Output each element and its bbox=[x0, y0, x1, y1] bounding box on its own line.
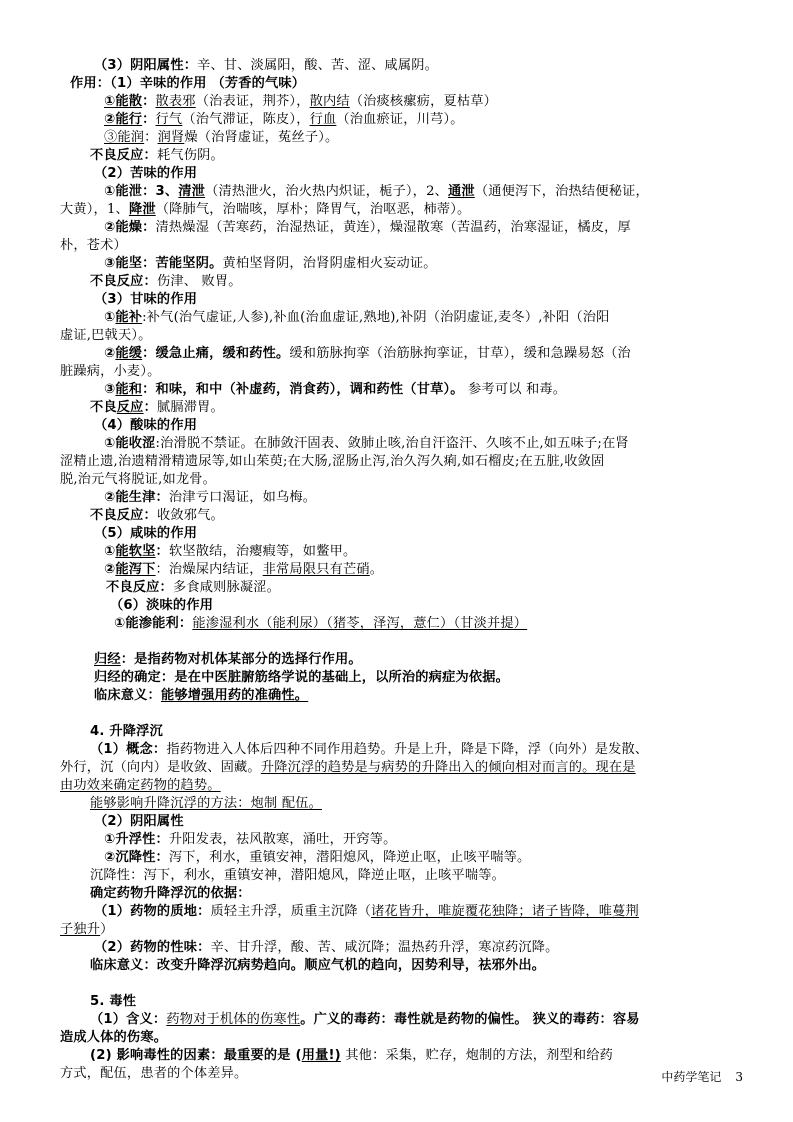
text-segment: ：和味，和中（补虚药，消食药），调和药性（甘草）。 bbox=[142, 382, 464, 397]
text-segment: ： bbox=[156, 544, 169, 559]
text-segment: 清热燥湿（苦寒药，治湿热证，黄连），燥湿散寒（苦温药，治寒湿证，橘皮，厚 bbox=[156, 220, 631, 235]
text-segment: 能和 bbox=[115, 382, 142, 397]
text-segment: 其他：采集，贮存，炮制的方法，剂型和给药 bbox=[341, 1048, 613, 1063]
text-line: 脏躁病，小麦）。 bbox=[60, 363, 161, 381]
text-segment: （3）甘味的作用 bbox=[94, 292, 197, 307]
text-segment: 作用：（1）辛味的作用 （芳香的气味） bbox=[70, 76, 305, 91]
text-segment: （1） bbox=[90, 742, 126, 757]
text-line: （1）含义：药物对于机体的伤寒性。广义的毒药：毒性就是药物的偏性。 狭义的毒药：… bbox=[90, 1011, 640, 1029]
text-line: 外行，沉（向内）是收敛、固藏。升降沉浮的趋势是与病势的升降出入的倾向相对而言的。… bbox=[60, 759, 636, 777]
text-segment: ①能收涩 bbox=[104, 436, 156, 451]
text-line: （2）阴阳属性 bbox=[94, 813, 184, 831]
text-line: （5）咸味的作用 bbox=[94, 525, 197, 543]
text-segment: 升降沉浮的趋势是与病势的升降出入的倾向相对而言的。现在是 bbox=[261, 760, 636, 775]
text-segment: 。广义的毒药：毒性就是药物的偏性。 狭义的毒药：容易 bbox=[300, 1012, 639, 1027]
text-segment: （2）苦味的作用 bbox=[94, 166, 197, 181]
text-segment: 不良反应： bbox=[90, 148, 157, 163]
text-line: ②能缓：缓急止痛，缓和药性。缓和筋脉拘挛（治筋脉拘挛证，甘草），缓和急躁易怒（治 bbox=[104, 345, 631, 363]
text-line: 脱,治元气将脱证,如龙骨。 bbox=[60, 471, 216, 489]
text-segment: 通泄 bbox=[448, 184, 475, 199]
text-line: ①能泄：3、清泄（清热泄火，治火热内炽证，栀子），2、通泄（通便泻下，治热结便秘… bbox=[104, 183, 649, 201]
text-segment: ②能行 bbox=[104, 112, 142, 127]
text-line: 涩精止遗,治遗精滑精遗尿等,如山茱萸;在大肠,涩肠止泻,治久泻久痢,如石榴皮;在… bbox=[60, 453, 604, 471]
text-segment: （2）阴阳属性 bbox=[94, 814, 184, 829]
text-segment: （降肺气，治喘咳，厚朴；降胃气，治呕恶，柿蒂）。 bbox=[156, 202, 471, 217]
text-segment: ① bbox=[104, 544, 115, 559]
text-line: ①能渗能利：能渗湿利水（能利尿）（猪苓，泽泻，薏仁）（甘淡并提） bbox=[114, 615, 527, 633]
text-segment: 临床意义：改变升降浮沉病势趋向。顺应气机的趋向，因势利导，祛邪外出。 bbox=[90, 958, 545, 973]
text-segment: ： bbox=[142, 112, 155, 127]
text-line: ①升浮性：升阳发表，祛风散寒，涌吐，开窍等。 bbox=[104, 831, 397, 849]
text-segment: ③能润 bbox=[104, 130, 144, 145]
text-segment: 脱,治元气将脱证,如龙骨。 bbox=[60, 472, 216, 487]
text-segment: ： bbox=[144, 130, 157, 145]
text-segment: 腻膈滞胃。 bbox=[157, 400, 224, 415]
text-segment: （通便泻下，治热结便秘证， bbox=[475, 184, 649, 199]
text-segment: ②能生津： bbox=[104, 490, 169, 505]
text-segment: 耗气伤阴。 bbox=[157, 148, 224, 163]
text-line: 方式，配伍，患者的个体差异。 bbox=[60, 1065, 247, 1083]
text-line: 大黄），1、降泄（降肺气，治喘咳，厚朴；降胃气，治呕恶，柿蒂）。 bbox=[60, 201, 470, 219]
text-segment: ①能泄：3、 bbox=[104, 184, 178, 199]
text-segment: ：缓急止痛，缓和药性。 bbox=[142, 346, 289, 361]
text-segment: 反应 bbox=[117, 400, 144, 415]
text-segment: （治痰核瘰疬，夏枯草） bbox=[350, 94, 497, 109]
text-segment: 不良反应： bbox=[90, 508, 157, 523]
text-line: （3）甘味的作用 bbox=[94, 291, 197, 309]
text-line: 能够影响升降沉浮的方法：炮制 配伍。 bbox=[90, 795, 322, 813]
text-line: 造成人体的伤寒。 bbox=[60, 1029, 167, 1047]
text-segment: 泻下，利水，重镇安神，潜阳熄风，降逆止呕，止咳平喘等。 bbox=[169, 850, 530, 865]
text-line: 临床意义：改变升降浮沉病势趋向。顺应气机的趋向，因势利导，祛邪外出。 bbox=[90, 957, 545, 975]
text-segment: ） bbox=[100, 922, 113, 937]
text-segment: 归经的确定：是在中医脏腑筋络学说的基础上，以所治的病症为依据。 bbox=[94, 670, 509, 685]
text-segment: 外行，沉（向内）是收敛、固藏。 bbox=[60, 760, 261, 775]
text-line: ②能燥：清热燥湿（苦寒药，治湿热证，黄连），燥湿散寒（苦温药，治寒湿证，橘皮，厚 bbox=[104, 219, 631, 237]
text-segment: （治气滞证，陈皮）， bbox=[182, 112, 309, 127]
text-segment: （2）药物的性味： bbox=[94, 940, 210, 955]
text-segment: ： bbox=[144, 400, 157, 415]
text-segment: 涩精止遗,治遗精滑精遗尿等,如山茱萸;在大肠,涩肠止泻,治久泻久痢,如石榴皮;在… bbox=[60, 454, 604, 469]
text-line: 归经的确定：是在中医脏腑筋络学说的基础上，以所治的病症为依据。 bbox=[94, 669, 509, 687]
text-line: （6）淡味的作用 bbox=[110, 597, 213, 615]
text-segment: 非常局限只有芒硝 bbox=[263, 562, 370, 577]
text-segment: ②能燥： bbox=[104, 220, 156, 235]
text-segment: 升阳发表，祛风散寒，涌吐，开窍等。 bbox=[169, 832, 397, 847]
text-segment: 诸花皆升，唯旋覆花独降；诸子皆降，唯蔓荆 bbox=[371, 904, 639, 919]
text-line: ②能行：行气（治气滞证，陈皮），行血（治血瘀证，川芎）。 bbox=[104, 111, 464, 129]
text-segment: 参考可以 和毒。 bbox=[464, 382, 567, 397]
text-segment: ①升浮性： bbox=[104, 832, 169, 847]
text-segment: （治表证，荆芥）， bbox=[196, 94, 310, 109]
text-segment: 能缓 bbox=[115, 346, 142, 361]
text-line: ②能泻下：治燥屎内结证，非常局限只有芒硝。 bbox=[104, 561, 383, 579]
text-line: （1）概念：指药物进入人体后四种不同作用趋势。升是上升，降是下降，浮（向外）是发… bbox=[90, 741, 648, 759]
text-segment: ：治燥屎内结证， bbox=[156, 562, 263, 577]
text-segment: （治血瘀证，川芎）。 bbox=[336, 112, 463, 127]
text-segment: 行血 bbox=[310, 112, 337, 127]
text-segment: 辛、甘、淡属阳，酸、苦、涩、咸属阴。 bbox=[197, 58, 438, 73]
text-line: ②能生津：治津亏口渴证，如乌梅。 bbox=[104, 489, 316, 507]
text-segment: 方式，配伍，患者的个体差异。 bbox=[60, 1066, 247, 1081]
text-line: 子独升） bbox=[60, 921, 114, 939]
text-line: 不良反应：伤津、 败胃。 bbox=[90, 273, 242, 291]
footer-title: 中药学笔记 bbox=[661, 1070, 721, 1084]
text-line: 5. 毒性 bbox=[90, 993, 136, 1011]
text-line: ②沉降性：泻下，利水，重镇安神，潜阳熄风，降逆止呕，止咳平喘等。 bbox=[104, 849, 530, 867]
text-line: 由功效来确定药物的趋势。 bbox=[60, 777, 221, 795]
text-segment: 。 bbox=[370, 562, 383, 577]
text-segment: 能软坚 bbox=[115, 544, 155, 559]
text-line: 归经：是指药物对机体某部分的选择行作用。 bbox=[94, 651, 362, 669]
document-page: （3）阴阳属性：辛、甘、淡属阳，酸、苦、涩、咸属阴。作用：（1）辛味的作用 （芳… bbox=[0, 0, 793, 1122]
text-segment: 用量!) bbox=[302, 1048, 341, 1063]
text-segment: 散内结 bbox=[310, 94, 350, 109]
text-segment: 软坚散结，治瘿瘕等，如鳖甲。 bbox=[169, 544, 356, 559]
text-line: (2) 影响毒性的因素：最重要的是 (用量!) 其他：采集，贮存，炮制的方法，剂… bbox=[90, 1047, 613, 1065]
text-segment: ② bbox=[104, 562, 115, 577]
text-segment: 行气 bbox=[156, 112, 183, 127]
text-line: 不良反应：耗气伤阴。 bbox=[90, 147, 224, 165]
text-segment: （3）阴阳属性： bbox=[94, 58, 197, 73]
text-segment: 燥（治肾虚证，菟丝子）。 bbox=[184, 130, 338, 145]
text-line: 虚证,巴戟天）。 bbox=[60, 327, 152, 345]
text-line: 确定药物升降浮沉的依据： bbox=[90, 885, 251, 903]
text-line: 朴，苍术） bbox=[60, 237, 127, 255]
text-segment: 散表邪 bbox=[156, 94, 196, 109]
text-segment: 能够影响升降沉浮的方法：炮制 配伍。 bbox=[90, 796, 322, 811]
text-line: ③能和：和味，和中（补虚药，消食药），调和药性（甘草）。 参考可以 和毒。 bbox=[104, 381, 566, 399]
text-line: 不良反应：多食咸则脉凝涩。 bbox=[106, 579, 280, 597]
text-segment: 质轻主升浮，质重主沉降（ bbox=[210, 904, 371, 919]
text-segment: ③能坚：苦能坚阴。 bbox=[104, 256, 222, 271]
text-segment: 沉降性：泻下，利水，重镇安神，潜阳熄风，降逆止呕，止咳平喘等。 bbox=[90, 868, 505, 883]
text-line: 不良反应：收敛邪气。 bbox=[90, 507, 224, 525]
text-segment: 清泄 bbox=[178, 184, 205, 199]
text-segment: 药物对于机体的伤寒性 bbox=[166, 1012, 300, 1027]
text-segment: （4）酸味的作用 bbox=[94, 418, 197, 433]
text-segment: （清热泄火，治火热内炽证，栀子），2、 bbox=[205, 184, 448, 199]
text-segment: 伤津、 败胃。 bbox=[157, 274, 242, 289]
text-segment: 大黄），1、 bbox=[60, 202, 129, 217]
text-segment: 4. 升降浮沉 bbox=[90, 724, 163, 739]
text-line: （1）药物的质地：质轻主升浮，质重主沉降（诸花皆升，唯旋覆花独降；诸子皆降，唯蔓… bbox=[94, 903, 639, 921]
text-segment: ③ bbox=[104, 382, 115, 397]
text-segment: 造成人体的伤寒。 bbox=[60, 1030, 167, 1045]
text-line: ①能散：散表邪（治表证，荆芥），散内结（治痰核瘰疬，夏枯草） bbox=[104, 93, 497, 111]
page-number: 3 bbox=[735, 1070, 743, 1084]
text-segment: 不良反应： bbox=[90, 274, 157, 289]
text-segment: 黄柏坚肾阴，治肾阴虚相火妄动证。 bbox=[222, 256, 436, 271]
text-segment: 朴，苍术） bbox=[60, 238, 127, 253]
text-segment: 不良 bbox=[90, 400, 117, 415]
text-line: 4. 升降浮沉 bbox=[90, 723, 163, 741]
text-segment: 缓和筋脉拘挛（治筋脉拘挛证，甘草），缓和急躁易怒（治 bbox=[289, 346, 630, 361]
text-segment: ②沉降性： bbox=[104, 850, 169, 865]
text-segment: 不良反应： bbox=[106, 580, 173, 595]
text-segment: (2) 影响毒性的因素：最重要的是 ( bbox=[90, 1048, 302, 1063]
text-line: ③能润：润肾燥（治肾虚证，菟丝子）。 bbox=[104, 129, 338, 147]
text-line: （3）阴阳属性：辛、甘、淡属阳，酸、苦、涩、咸属阴。 bbox=[94, 57, 438, 75]
text-segment: 能够增强用药的准确性。 bbox=[161, 688, 308, 703]
text-segment: 多食咸则脉凝涩。 bbox=[173, 580, 280, 595]
text-line: ①能补:补气(治气虚证,人参),补血(治血虚证,熟地),补阴（治阴虚证,麦冬）,… bbox=[104, 309, 610, 327]
text-segment: ①能散 bbox=[104, 94, 142, 109]
text-segment: 确定药物升降浮沉的依据： bbox=[90, 886, 251, 901]
text-segment: 虚证,巴戟天）。 bbox=[60, 328, 152, 343]
text-line: ①能软坚：软坚散结，治瘿瘕等，如鳖甲。 bbox=[104, 543, 356, 561]
text-segment: ① bbox=[104, 310, 115, 325]
text-segment: （1）药物的质地： bbox=[94, 904, 210, 919]
text-segment: 由功效来确定药物的趋势。 bbox=[60, 778, 221, 793]
text-segment: ： bbox=[142, 94, 155, 109]
text-segment: 能泻下 bbox=[115, 562, 155, 577]
text-segment: 指药物进入人体后四种不同作用趋势。升是上升，降是下降，浮（向外）是发散、 bbox=[166, 742, 648, 757]
text-segment: （6）淡味的作用 bbox=[110, 598, 213, 613]
text-segment: 归经 bbox=[94, 652, 121, 667]
text-segment: 治津亏口渴证，如乌梅。 bbox=[169, 490, 316, 505]
text-line: （4）酸味的作用 bbox=[94, 417, 197, 435]
text-line: ③能坚：苦能坚阴。黄柏坚肾阴，治肾阴虚相火妄动证。 bbox=[104, 255, 437, 273]
text-segment: （1）含义： bbox=[90, 1012, 166, 1027]
text-segment: 临床意义： bbox=[94, 688, 161, 703]
text-segment: 子独升 bbox=[60, 922, 100, 937]
text-line: （2）苦味的作用 bbox=[94, 165, 197, 183]
text-segment: 润肾 bbox=[158, 130, 185, 145]
text-line: ①能收涩:治滑脱不禁证。在肺敛汗固表、敛肺止咳,治自汗盗汗、久咳不止,如五味子;… bbox=[104, 435, 629, 453]
text-line: 沉降性：泻下，利水，重镇安神，潜阳熄风，降逆止呕，止咳平喘等。 bbox=[90, 867, 505, 885]
text-line: （2）药物的性味：辛、甘升浮，酸、苦、咸沉降；温热药升浮，寒凉药沉降。 bbox=[94, 939, 559, 957]
page-footer: 中药学笔记3 bbox=[661, 1068, 743, 1085]
text-segment: 脏躁病，小麦）。 bbox=[60, 364, 161, 379]
text-segment: ①能渗能利： bbox=[114, 616, 192, 631]
text-segment: ② bbox=[104, 346, 115, 361]
text-segment: :治滑脱不禁证。在肺敛汗固表、敛肺止咳,治自汗盗汗、久咳不止,如五味子;在肾 bbox=[156, 436, 629, 451]
text-segment: :补气(治气虚证,人参),补血(治血虚证,熟地),补阴（治阴虚证,麦冬）,补阳（… bbox=[142, 310, 609, 325]
text-segment: 能渗湿利水（能利尿）（猪苓，泽泻，薏仁）（甘淡并提） bbox=[192, 616, 527, 631]
text-segment: （5）咸味的作用 bbox=[94, 526, 197, 541]
text-segment: 概念： bbox=[126, 742, 166, 757]
text-line: 临床意义：能够增强用药的准确性。 bbox=[94, 687, 308, 705]
text-segment: 收敛邪气。 bbox=[157, 508, 224, 523]
text-line: 不良反应：腻膈滞胃。 bbox=[90, 399, 224, 417]
text-segment: 5. 毒性 bbox=[90, 994, 136, 1009]
text-segment: 能补 bbox=[115, 310, 142, 325]
text-line: 作用：（1）辛味的作用 （芳香的气味） bbox=[70, 75, 305, 93]
text-segment: 辛、甘升浮，酸、苦、咸沉降；温热药升浮，寒凉药沉降。 bbox=[210, 940, 558, 955]
text-segment: ：是指药物对机体某部分的选择行作用。 bbox=[121, 652, 362, 667]
text-segment: 降泄 bbox=[129, 202, 156, 217]
